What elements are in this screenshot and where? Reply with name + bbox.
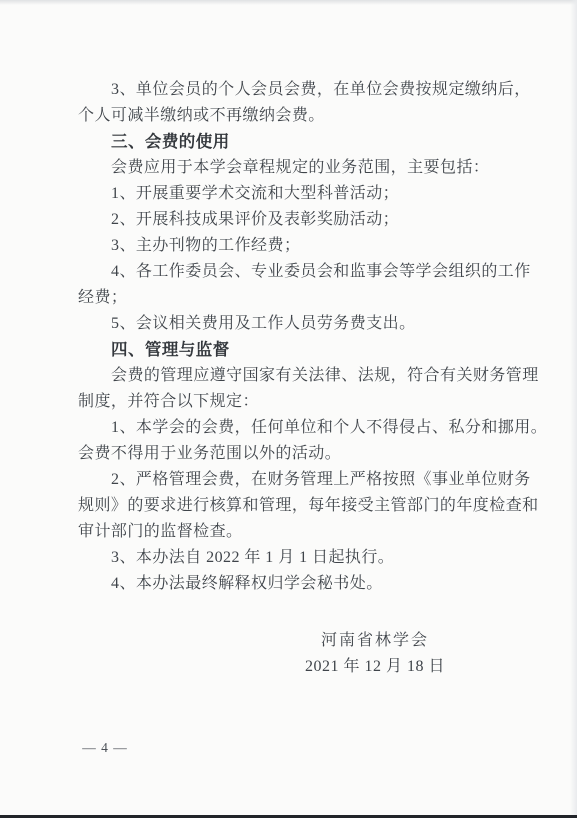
scan-edge-top [0, 0, 577, 5]
signature-date: 2021 年 12 月 18 日 [265, 654, 485, 680]
body-line: 会费应用于本学会章程规定的业务范围，主要包括： [78, 155, 548, 181]
section-heading: 四、管理与监督 [78, 337, 548, 363]
body-line: 经费； [78, 285, 548, 311]
body-line: 会费的管理应遵守国家有关法律、法规，符合有关财务管理 [78, 363, 548, 389]
body-line: 4、本办法最终解释权归学会秘书处。 [78, 571, 548, 597]
body-line: 1、本学会的会费，任何单位和个人不得侵占、私分和挪用。 [78, 415, 548, 441]
body-line: 会费不得用于业务范围以外的活动。 [78, 441, 548, 467]
scan-edge-right [570, 0, 577, 818]
section-heading: 三、会费的使用 [78, 129, 548, 155]
body-line: 审计部门的监督检查。 [78, 519, 548, 545]
body-line: 3、单位会员的个人会员会费，在单位会费按规定缴纳后， [78, 77, 548, 103]
body-line: 3、主办刊物的工作经费； [78, 233, 548, 259]
document-body: 3、单位会员的个人会员会费，在单位会费按规定缴纳后，个人可减半缴纳或不再缴纳会费… [78, 77, 548, 597]
scanned-document-page: 3、单位会员的个人会员会费，在单位会费按规定缴纳后，个人可减半缴纳或不再缴纳会费… [0, 0, 577, 818]
page-number: — 4 — [60, 740, 150, 756]
signature-organization: 河南省林学会 [265, 628, 485, 654]
body-line: 4、各工作委员会、专业委员会和监事会等学会组织的工作 [78, 259, 548, 285]
body-line: 2、严格管理会费，在财务管理上严格按照《事业单位财务 [78, 467, 548, 493]
body-line: 规则》的要求进行核算和管理，每年接受主管部门的年度检查和 [78, 493, 548, 519]
signature-block: 河南省林学会 2021 年 12 月 18 日 [265, 628, 485, 680]
body-line: 1、开展重要学术交流和大型科普活动； [78, 181, 548, 207]
body-line: 2、开展科技成果评价及表彰奖励活动； [78, 207, 548, 233]
body-line: 5、会议相关费用及工作人员劳务费支出。 [78, 311, 548, 337]
body-line: 3、本办法自 2022 年 1 月 1 日起执行。 [78, 545, 548, 571]
body-line: 个人可减半缴纳或不再缴纳会费。 [78, 103, 548, 129]
body-line: 制度，并符合以下规定： [78, 389, 548, 415]
